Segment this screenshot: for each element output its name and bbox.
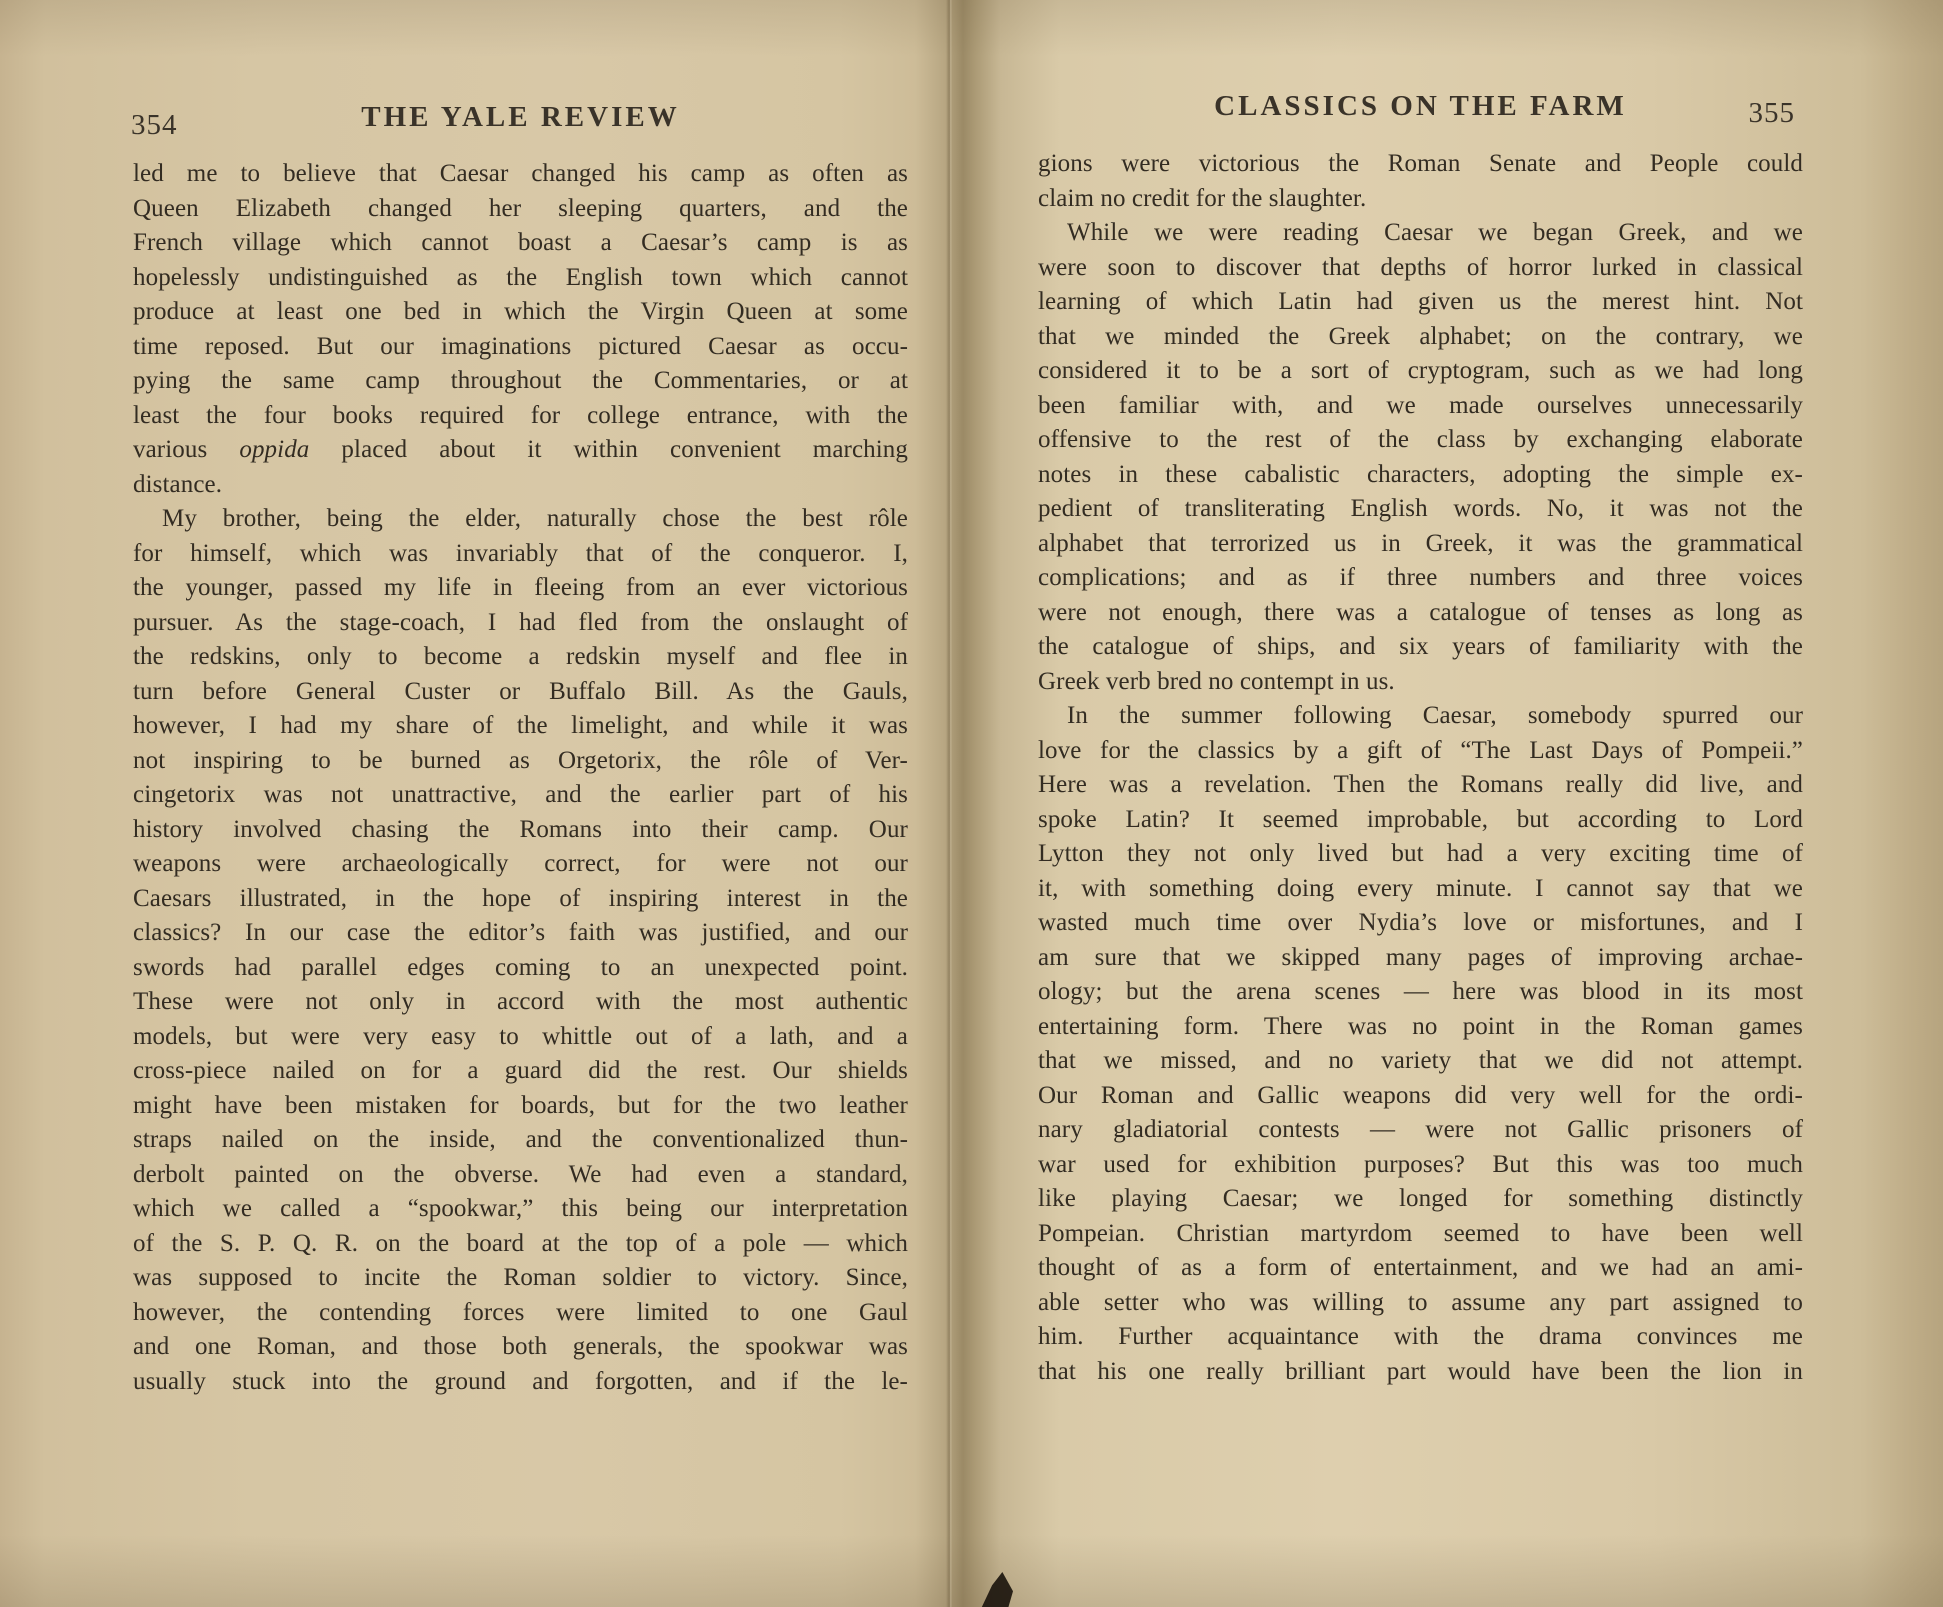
text-line: claim no credit for the slaughter. xyxy=(1038,182,1803,217)
text-line: been familiar with, and we made ourselve… xyxy=(1038,389,1803,424)
text-line: him. Further acquaintance with the drama… xyxy=(1038,1320,1803,1355)
text-line: able setter who was willing to assume an… xyxy=(1038,1286,1803,1321)
text-line: Here was a revelation. Then the Romans r… xyxy=(1038,768,1803,803)
text-line: Queen Elizabeth changed her sleeping qua… xyxy=(133,192,908,227)
text-line: Pompeian. Christian martyrdom seemed to … xyxy=(1038,1217,1803,1252)
text-line: however, the contending forces were limi… xyxy=(133,1296,908,1331)
text-line: distance. xyxy=(133,468,908,503)
text-line: Greek verb bred no contempt in us. xyxy=(1038,665,1803,700)
text-line: was supposed to incite the Roman soldier… xyxy=(133,1261,908,1296)
text-line: were soon to discover that depths of hor… xyxy=(1038,251,1803,286)
text-line: These were not only in accord with the m… xyxy=(133,985,908,1020)
text-line: might have been mistaken for boards, but… xyxy=(133,1089,908,1124)
text-line: the younger, passed my life in fleeing f… xyxy=(133,571,908,606)
text-line: pying the same camp throughout the Comme… xyxy=(133,364,908,399)
text-line: like playing Caesar; we longed for somet… xyxy=(1038,1182,1803,1217)
text-line: derbolt painted on the obverse. We had e… xyxy=(133,1158,908,1193)
text-line: that we missed, and no variety that we d… xyxy=(1038,1044,1803,1079)
page-number-right: 355 xyxy=(1749,97,1796,130)
text-line: learning of which Latin had given us the… xyxy=(1038,285,1803,320)
text-line: led me to believe that Caesar changed hi… xyxy=(133,157,908,192)
text-line: however, I had my share of the limelight… xyxy=(133,709,908,744)
text-line: the catalogue of ships, and six years of… xyxy=(1038,630,1803,665)
text-line: hopelessly undistinguished as the Englis… xyxy=(133,261,908,296)
page-text-right: gions were victorious the Roman Senate a… xyxy=(1038,147,1803,1389)
text-line: not inspiring to be burned as Orgetorix,… xyxy=(133,744,908,779)
text-line: Caesars illustrated, in the hope of insp… xyxy=(133,882,908,917)
text-line: models, but were very easy to whittle ou… xyxy=(133,1020,908,1055)
text-line: Lytton they not only lived but had a ver… xyxy=(1038,837,1803,872)
text-line: classics? In our case the editor’s faith… xyxy=(133,916,908,951)
text-line: it, with something doing every minute. I… xyxy=(1038,872,1803,907)
text-line: swords had parallel edges coming to an u… xyxy=(133,951,908,986)
text-line: war used for exhibition purposes? But th… xyxy=(1038,1148,1803,1183)
text-line: ology; but the arena scenes — here was b… xyxy=(1038,975,1803,1010)
text-line: and one Roman, and those both generals, … xyxy=(133,1330,908,1365)
page-text-left: led me to believe that Caesar changed hi… xyxy=(133,157,908,1399)
text-line: considered it to be a sort of cryptogram… xyxy=(1038,354,1803,389)
text-line: produce at least one bed in which the Vi… xyxy=(133,295,908,330)
text-line: wasted much time over Nydia’s love or mi… xyxy=(1038,906,1803,941)
text-line: straps nailed on the inside, and the con… xyxy=(133,1123,908,1158)
text-line: love for the classics by a gift of “The … xyxy=(1038,734,1803,769)
text-line: various oppida placed about it within co… xyxy=(133,433,908,468)
text-line: cingetorix was not unattractive, and the… xyxy=(133,778,908,813)
text-line: which we called a “spookwar,” this being… xyxy=(133,1192,908,1227)
running-head-right: CLASSICS ON THE FARM xyxy=(1038,90,1803,123)
text-line: offensive to the rest of the class by ex… xyxy=(1038,423,1803,458)
text-line: least the four books required for colleg… xyxy=(133,399,908,434)
text-line: turn before General Custer or Buffalo Bi… xyxy=(133,675,908,710)
text-line: pursuer. As the stage-coach, I had fled … xyxy=(133,606,908,641)
text-line: time reposed. But our imaginations pictu… xyxy=(133,330,908,365)
book-spread: 354 THE YALE REVIEW led me to believe th… xyxy=(0,0,1943,1607)
text-line: alphabet that terrorized us in Greek, it… xyxy=(1038,527,1803,562)
text-line: notes in these cabalistic characters, ad… xyxy=(1038,458,1803,493)
text-line: weapons were archaeologically correct, f… xyxy=(133,847,908,882)
text-line: am sure that we skipped many pages of im… xyxy=(1038,941,1803,976)
text-line: that his one really brilliant part would… xyxy=(1038,1355,1803,1390)
text-line: gions were victorious the Roman Senate a… xyxy=(1038,147,1803,182)
text-line: usually stuck into the ground and forgot… xyxy=(133,1365,908,1400)
text-line: spoke Latin? It seemed improbable, but a… xyxy=(1038,803,1803,838)
text-line: for himself, which was invariably that o… xyxy=(133,537,908,572)
text-line: pedient of transliterating English words… xyxy=(1038,492,1803,527)
text-line: entertaining form. There was no point in… xyxy=(1038,1010,1803,1045)
text-line: nary gladiatorial contests — were not Ga… xyxy=(1038,1113,1803,1148)
text-line: Our Roman and Gallic weapons did very we… xyxy=(1038,1079,1803,1114)
page-fold-crease xyxy=(946,0,952,1607)
text-line: While we were reading Caesar we began Gr… xyxy=(1038,216,1803,251)
text-line: of the S. P. Q. R. on the board at the t… xyxy=(133,1227,908,1262)
gutter-ink-mark xyxy=(975,1572,1013,1607)
text-line: the redskins, only to become a redskin m… xyxy=(133,640,908,675)
running-head-left: THE YALE REVIEW xyxy=(133,101,908,134)
text-line: French village which cannot boast a Caes… xyxy=(133,226,908,261)
text-line: that we minded the Greek alphabet; on th… xyxy=(1038,320,1803,355)
text-line: complications; and as if three numbers a… xyxy=(1038,561,1803,596)
text-line: My brother, being the elder, naturally c… xyxy=(133,502,908,537)
text-line: thought of as a form of entertainment, a… xyxy=(1038,1251,1803,1286)
text-line: were not enough, there was a catalogue o… xyxy=(1038,596,1803,631)
text-line: cross-piece nailed on for a guard did th… xyxy=(133,1054,908,1089)
text-line: history involved chasing the Romans into… xyxy=(133,813,908,848)
text-line: In the summer following Caesar, somebody… xyxy=(1038,699,1803,734)
